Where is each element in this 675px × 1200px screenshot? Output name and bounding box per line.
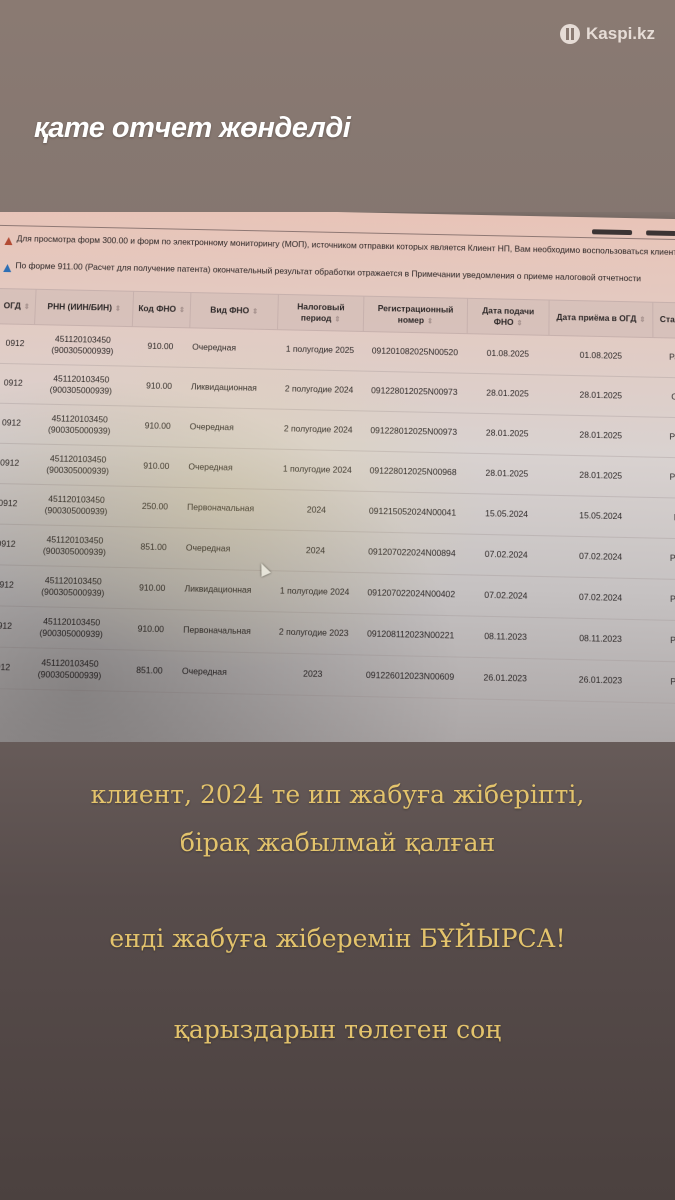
sort-icon[interactable]: ⇕ (334, 316, 340, 323)
cell-accepted: 07.02.2024 (547, 577, 653, 620)
cell-accepted: 28.01.2025 (549, 375, 654, 417)
cell-accepted: 28.01.2025 (548, 455, 653, 498)
column-header-label: Код ФНО (138, 303, 176, 314)
column-header[interactable]: РНН (ИИН/БИН)⇕ (35, 289, 134, 326)
table-body: 0912451120103450(900305000939)910.00Очер… (0, 324, 675, 706)
cell-ogd: 0912 (0, 647, 21, 689)
cell-period: 2 полугодие 2024 (274, 409, 361, 451)
column-header-label: Дата приёма в ОГД (556, 312, 636, 324)
cell-period: 2024 (272, 489, 360, 531)
cell-status: Разнесена (654, 661, 675, 704)
cell-period: 2023 (268, 653, 357, 696)
cell-submitted: 28.01.2025 (465, 453, 548, 495)
cell-ogd: 0912 (0, 565, 24, 607)
column-header-label: Статус ФНО (660, 314, 675, 325)
cell-rnn: 451120103450(900305000939) (19, 648, 121, 692)
cell-ogd: 0912 (0, 324, 35, 364)
cell-rnn: 451120103450(900305000939) (33, 325, 132, 367)
cell-reg: 091226012023N00609 (356, 655, 463, 699)
column-header-label: Вид ФНО (210, 305, 249, 316)
cell-accepted: 08.11.2023 (547, 618, 653, 662)
cell-ogd: 0912 (0, 524, 26, 566)
cell-kind: Очередная (186, 407, 276, 449)
column-header-label: ОГД (3, 301, 21, 311)
cell-reg: 091207022024N00894 (359, 532, 465, 575)
cell-status: Разнесена (653, 338, 675, 379)
cell-kind: Ликвидационная (181, 569, 272, 612)
cell-ogd: 0912 (0, 363, 33, 404)
cell-submitted: 07.02.2024 (464, 575, 548, 618)
cell-code: 910.00 (121, 609, 181, 652)
caption-line-3: енді жабуға жіберемін БҰЙЫРСА! (0, 924, 675, 953)
caption-line-4: қарыздарын төлеген соң (0, 1015, 675, 1044)
cell-kind: Очередная (178, 651, 269, 694)
sort-icon[interactable]: ⇕ (517, 320, 523, 327)
sort-icon[interactable]: ⇕ (115, 306, 121, 313)
cell-code: 851.00 (119, 650, 179, 693)
cell-status: Разнесена (654, 579, 675, 622)
cell-code: 910.00 (131, 327, 190, 368)
cell-status: Разнесена (653, 417, 675, 459)
notice-text: По форме 911.00 (Расчет для получение па… (15, 260, 641, 283)
sort-icon[interactable]: ⇕ (427, 318, 433, 325)
cell-period: 2 полугодие 2023 (269, 612, 358, 655)
column-header[interactable]: ОГД⇕ (0, 288, 36, 324)
cell-submitted: 28.01.2025 (466, 373, 548, 415)
cell-submitted: 07.02.2024 (464, 534, 547, 577)
column-header[interactable]: Дата приёма в ОГД⇕ (549, 300, 653, 338)
cell-status: Разнесена (654, 620, 675, 663)
cell-period: 2024 (271, 530, 359, 573)
cell-reg: 091228012025N00968 (360, 451, 466, 494)
cell-accepted: 28.01.2025 (548, 415, 653, 457)
caption-line-2: бірақ жабылмай қалған (0, 828, 675, 857)
info-triangle-icon (3, 264, 11, 272)
cell-period: 1 полугодие 2024 (273, 449, 361, 491)
cell-ogd: 0912 (0, 403, 31, 444)
cell-reg: 091215052024N00041 (359, 491, 465, 534)
column-header[interactable]: Дата подачи ФНО⇕ (467, 298, 549, 335)
cell-period: 2 полугодие 2024 (276, 369, 363, 411)
column-header[interactable]: Регистрационный номер⇕ (363, 296, 467, 334)
cell-rnn: 451120103450(900305000939) (21, 606, 123, 649)
cell-code: 910.00 (129, 366, 188, 407)
cell-code: 910.00 (122, 568, 182, 610)
cell-kind: Первоначальная (183, 488, 273, 530)
column-header[interactable]: Код ФНО⇕ (132, 291, 191, 328)
cell-code: 250.00 (125, 486, 185, 528)
cell-kind: Очередная (189, 328, 278, 369)
cell-rnn: 451120103450(900305000939) (29, 404, 129, 446)
cell-period: 1 полугодие 2024 (270, 571, 358, 614)
cell-rnn: 451120103450(900305000939) (24, 525, 125, 568)
cell-rnn: 451120103450(900305000939) (31, 364, 131, 406)
story-headline: қате отчет жөнделді (34, 112, 350, 145)
topbar-tab (646, 230, 675, 236)
cell-reg: 091207022024N00402 (358, 573, 465, 616)
column-header[interactable]: Статус ФНО⇕ (653, 302, 675, 339)
column-header-label: РНН (ИИН/БИН) (47, 302, 112, 313)
cell-status: Разнесена (653, 538, 675, 580)
brand-name: Kaspi.kz (586, 24, 655, 44)
cell-accepted: 15.05.2024 (548, 495, 654, 538)
cell-reg: 091201082025N00520 (362, 331, 467, 373)
cell-rnn: 451120103450(900305000939) (28, 444, 128, 486)
cell-status: Разнесена (653, 457, 675, 499)
sort-icon[interactable]: ⇕ (639, 317, 645, 324)
kaspi-brand: Kaspi.kz (560, 24, 655, 44)
screen-photo: Для просмотра форм 300.00 и форм по элек… (0, 212, 675, 742)
cell-rnn: 451120103450(900305000939) (22, 565, 123, 608)
tax-portal-screen: Для просмотра форм 300.00 и форм по элек… (0, 212, 675, 742)
topbar-tab (592, 229, 632, 235)
cell-code: 910.00 (128, 406, 187, 447)
warning-triangle-icon (4, 237, 12, 245)
cell-ogd: 0912 (0, 443, 29, 484)
fno-table: ОГД⇕РНН (ИИН/БИН)⇕Код ФНО⇕Вид ФНО⇕Налого… (0, 288, 675, 706)
cell-status: Отозвана (653, 377, 675, 418)
cell-submitted: 08.11.2023 (464, 616, 548, 659)
cell-rnn: 451120103450(900305000939) (26, 484, 127, 527)
column-header-label: Регистрационный номер (378, 303, 454, 325)
column-header[interactable]: Налоговый период⇕ (278, 294, 364, 331)
column-header-label: Дата подачи ФНО (482, 305, 534, 327)
cell-reg: 091208112023N00221 (357, 614, 464, 658)
cell-kind: Ликвидационная (187, 367, 276, 409)
cell-ogd: 0912 (0, 606, 22, 648)
cell-accepted: 26.01.2023 (547, 659, 654, 703)
cell-ogd: 0912 (0, 483, 28, 524)
cell-kind: Первоначальная (179, 610, 270, 653)
caption-line-1: клиент, 2024 те ип жабуға жіберіпті, (0, 780, 675, 809)
cell-accepted: 07.02.2024 (548, 536, 654, 579)
kaspi-logo-icon (560, 24, 580, 44)
cell-period: 1 полугодие 2025 (277, 330, 364, 371)
cell-status: Принята (653, 497, 675, 539)
column-header[interactable]: Вид ФНО⇕ (190, 293, 279, 330)
cell-reg: 091228012025N00973 (362, 371, 467, 413)
sort-icon[interactable]: ⇕ (24, 304, 30, 311)
cell-code: 910.00 (127, 446, 186, 488)
sort-icon[interactable]: ⇕ (252, 309, 258, 316)
cell-submitted: 26.01.2023 (463, 657, 547, 700)
cell-code: 851.00 (124, 527, 184, 569)
cell-submitted: 15.05.2024 (465, 494, 548, 536)
sort-icon[interactable]: ⇕ (179, 307, 185, 314)
cell-kind: Очередная (185, 447, 275, 489)
cell-reg: 091228012025N00973 (361, 411, 466, 453)
cell-submitted: 01.08.2025 (467, 334, 549, 375)
cell-accepted: 01.08.2025 (549, 335, 653, 377)
cell-submitted: 28.01.2025 (466, 413, 549, 455)
